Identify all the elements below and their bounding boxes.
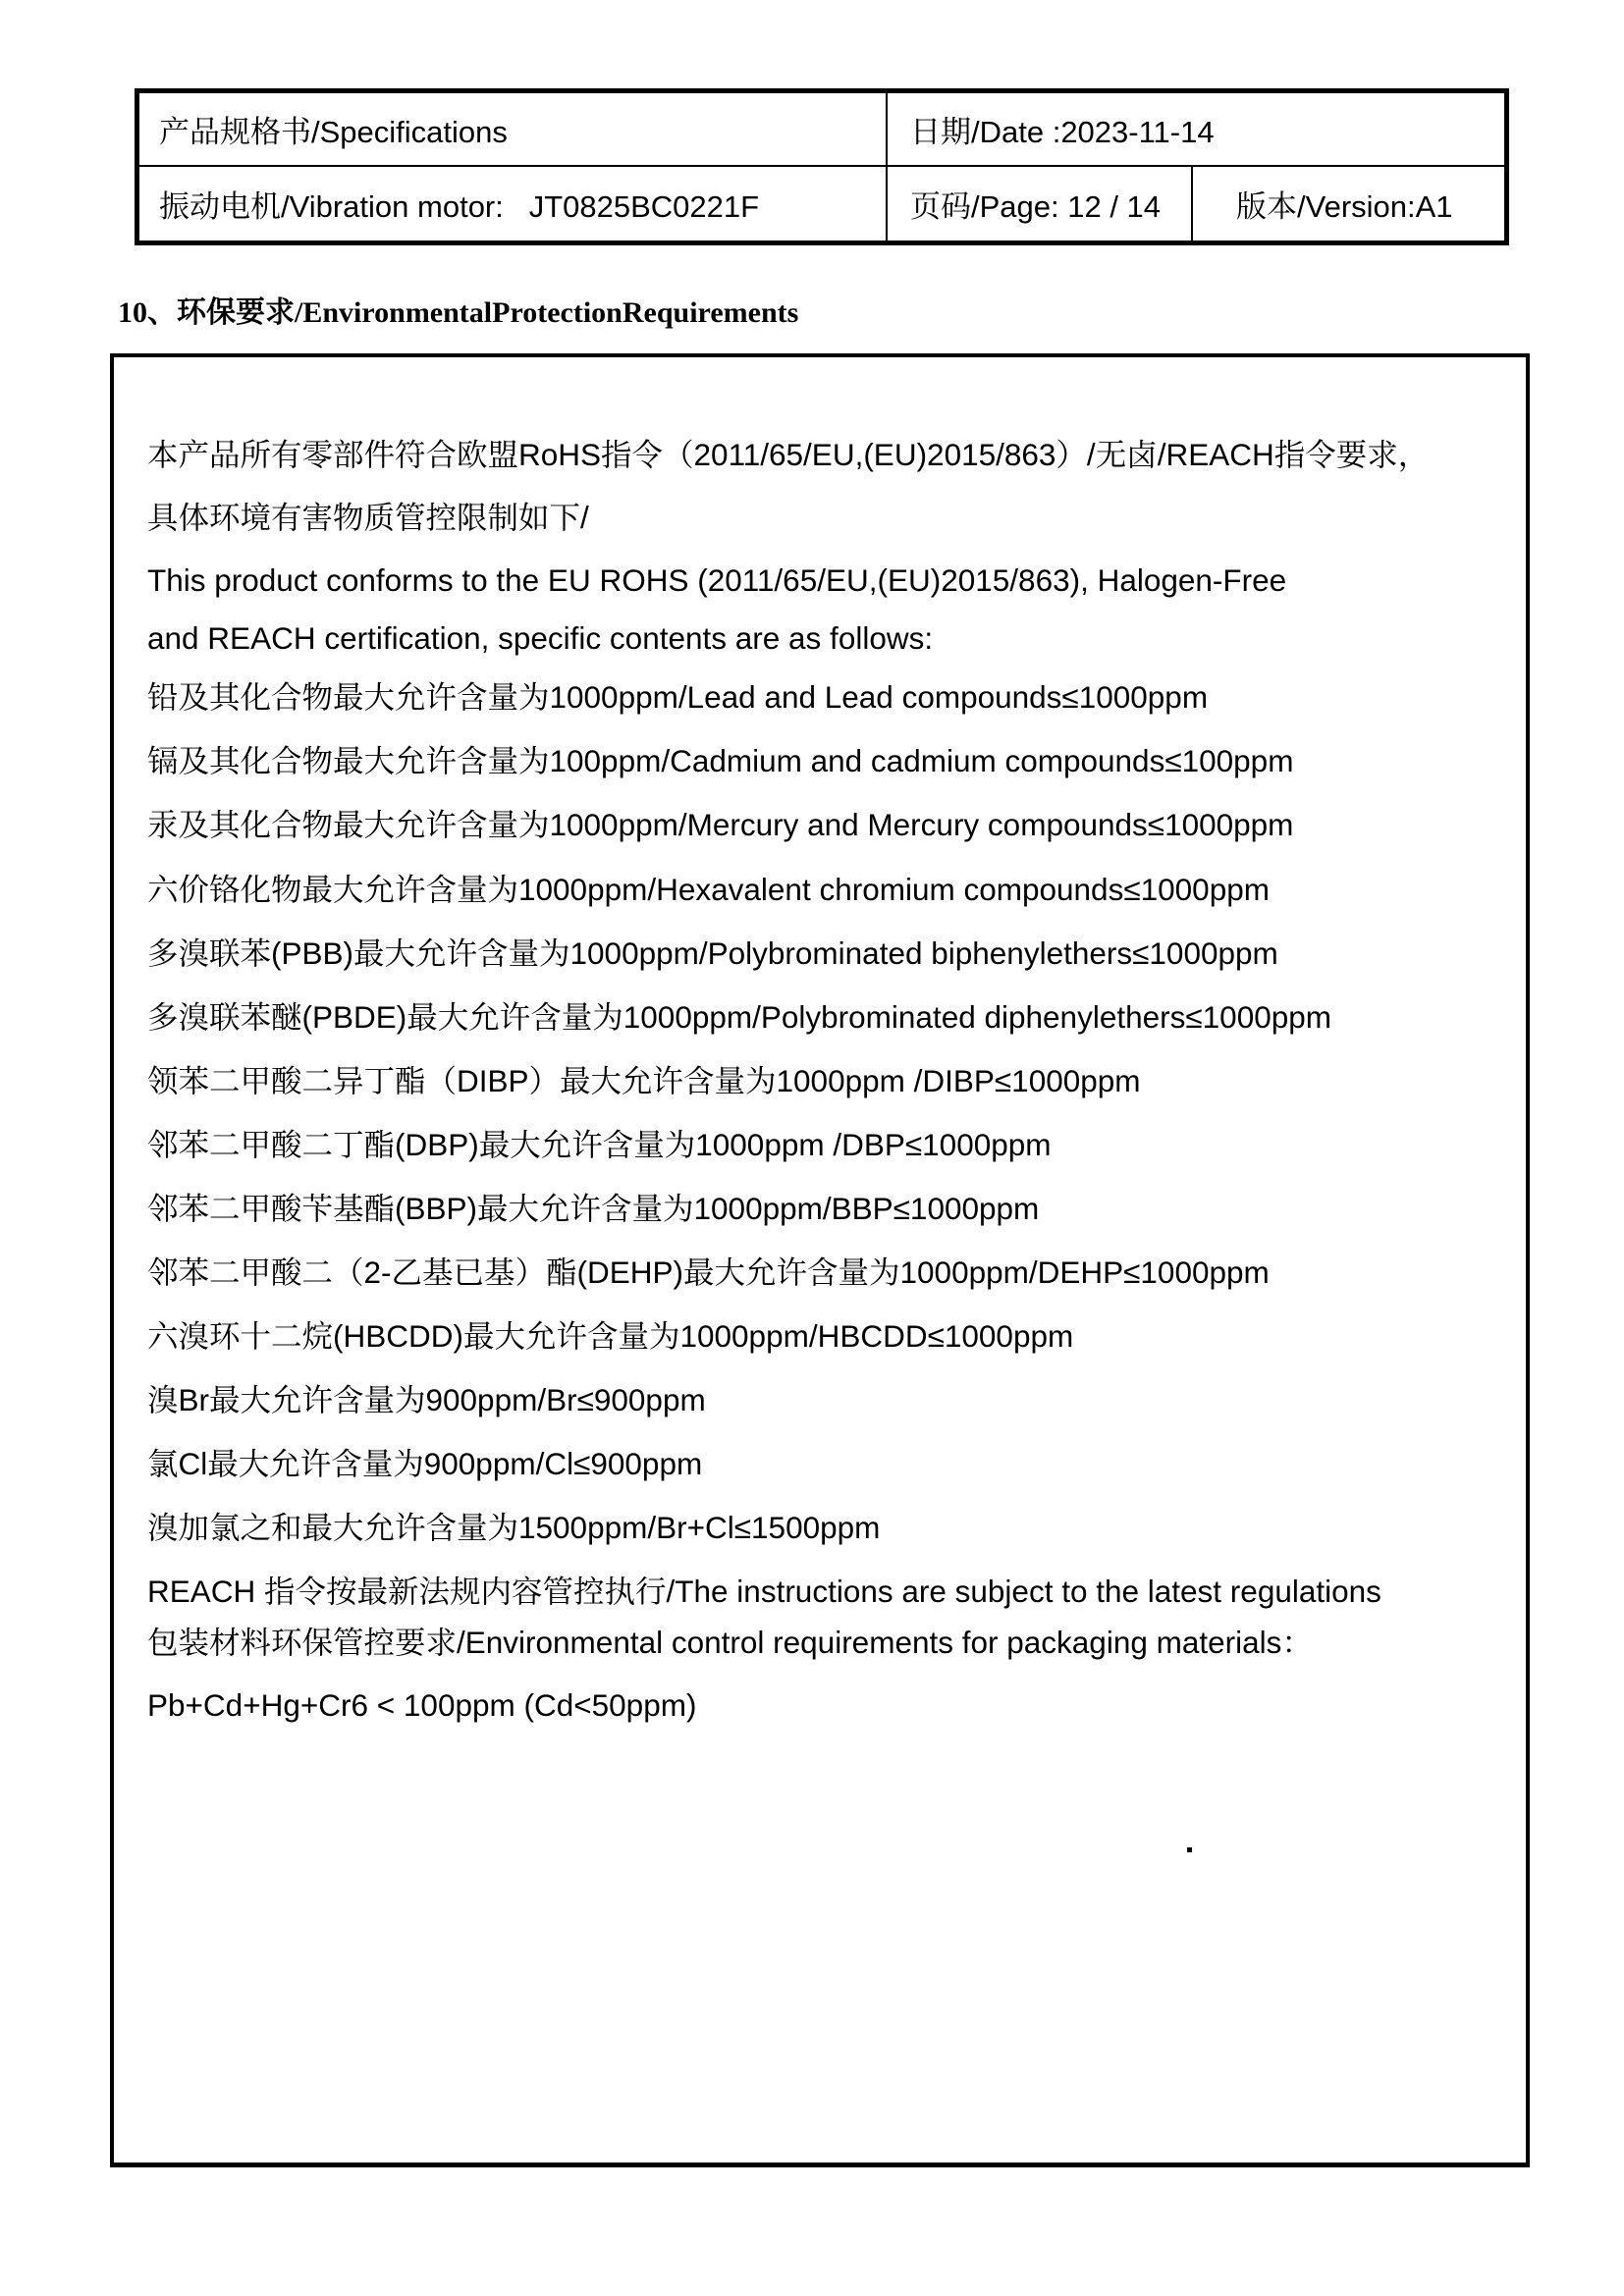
header-col-divider [886,93,888,240]
limit-pbde: 多溴联苯醚(PBDE)最大允许含量为1000ppm/Polybrominated… [147,997,1331,1037]
reach-note: REACH 指令按最新法规内容管控执行/The instructions are… [147,1572,1381,1611]
packaging-requirements: 包装材料环保管控要求/Environmental control require… [147,1623,1313,1662]
content-line-intro-cn-2: 具体环境有害物质管控限制如下/ [147,498,589,537]
version-field: 版本/Version:A1 [1236,167,1453,240]
header-col-divider-2 [1191,165,1193,240]
packaging-limit: Pb+Cd+Hg+Cr6 < 100ppm (Cd<50ppm) [147,1685,696,1725]
limit-lead: 铅及其化合物最大允许含量为1000ppm/Lead and Lead compo… [147,677,1208,717]
limit-hexavalent-chromium: 六价铬化物最大允许含量为1000ppm/Hexavalent chromium … [147,870,1270,909]
limit-br-cl-sum: 溴加氯之和最大允许含量为1500ppm/Br+Cl≤1500ppm [147,1508,880,1547]
limit-bromine: 溴Br最大允许含量为900ppm/Br≤900ppm [147,1380,706,1419]
limit-bbp: 邻苯二甲酸苄基酯(BBP)最大允许含量为1000ppm/BBP≤1000ppm [147,1189,1039,1228]
limit-dehp: 邻苯二甲酸二（2-乙基已基）酯(DEHP)最大允许含量为1000ppm/DEHP… [147,1253,1270,1292]
limit-mercury: 汞及其化合物最大允许含量为1000ppm/Mercury and Mercury… [147,805,1293,844]
limit-chlorine: 氯Cl最大允许含量为900ppm/Cl≤900ppm [147,1444,702,1483]
stray-dot-mark [1187,1847,1192,1852]
limit-hbcdd: 六溴环十二烷(HBCDD)最大允许含量为1000ppm/HBCDD≤1000pp… [147,1316,1073,1356]
content-line-intro-en-2: and REACH certification, specific conten… [147,618,933,658]
date-field: 日期/Date :2023-11-14 [910,93,1215,165]
spec-title: 产品规格书/Specifications [159,93,508,165]
product-model: 振动电机/Vibration motor: JT0825BC0221F [159,167,759,240]
content-line-intro-en-1: This product conforms to the EU ROHS (20… [147,561,1286,600]
document-header-table: 产品规格书/Specifications 日期/Date :2023-11-14… [135,88,1509,245]
limit-dbp: 邻苯二甲酸二丁酯(DBP)最大允许含量为1000ppm /DBP≤1000ppm [147,1125,1052,1164]
limit-cadmium: 镉及其化合物最大允许含量为100ppm/Cadmium and cadmium … [147,741,1293,780]
limit-pbb: 多溴联苯(PBB)最大允许含量为1000ppm/Polybrominated b… [147,934,1278,973]
section-heading: 10、环保要求/EnvironmentalProtectionRequireme… [118,288,798,331]
page-number: 页码/Page: 12 / 14 [910,167,1161,240]
content-line-intro-cn-1: 本产品所有零部件符合欧盟RoHS指令（2011/65/EU,(EU)2015/8… [147,435,1429,474]
limit-dibp: 领苯二甲酸二异丁酯（DIBP）最大允许含量为1000ppm /DIBP≤1000… [147,1061,1141,1100]
